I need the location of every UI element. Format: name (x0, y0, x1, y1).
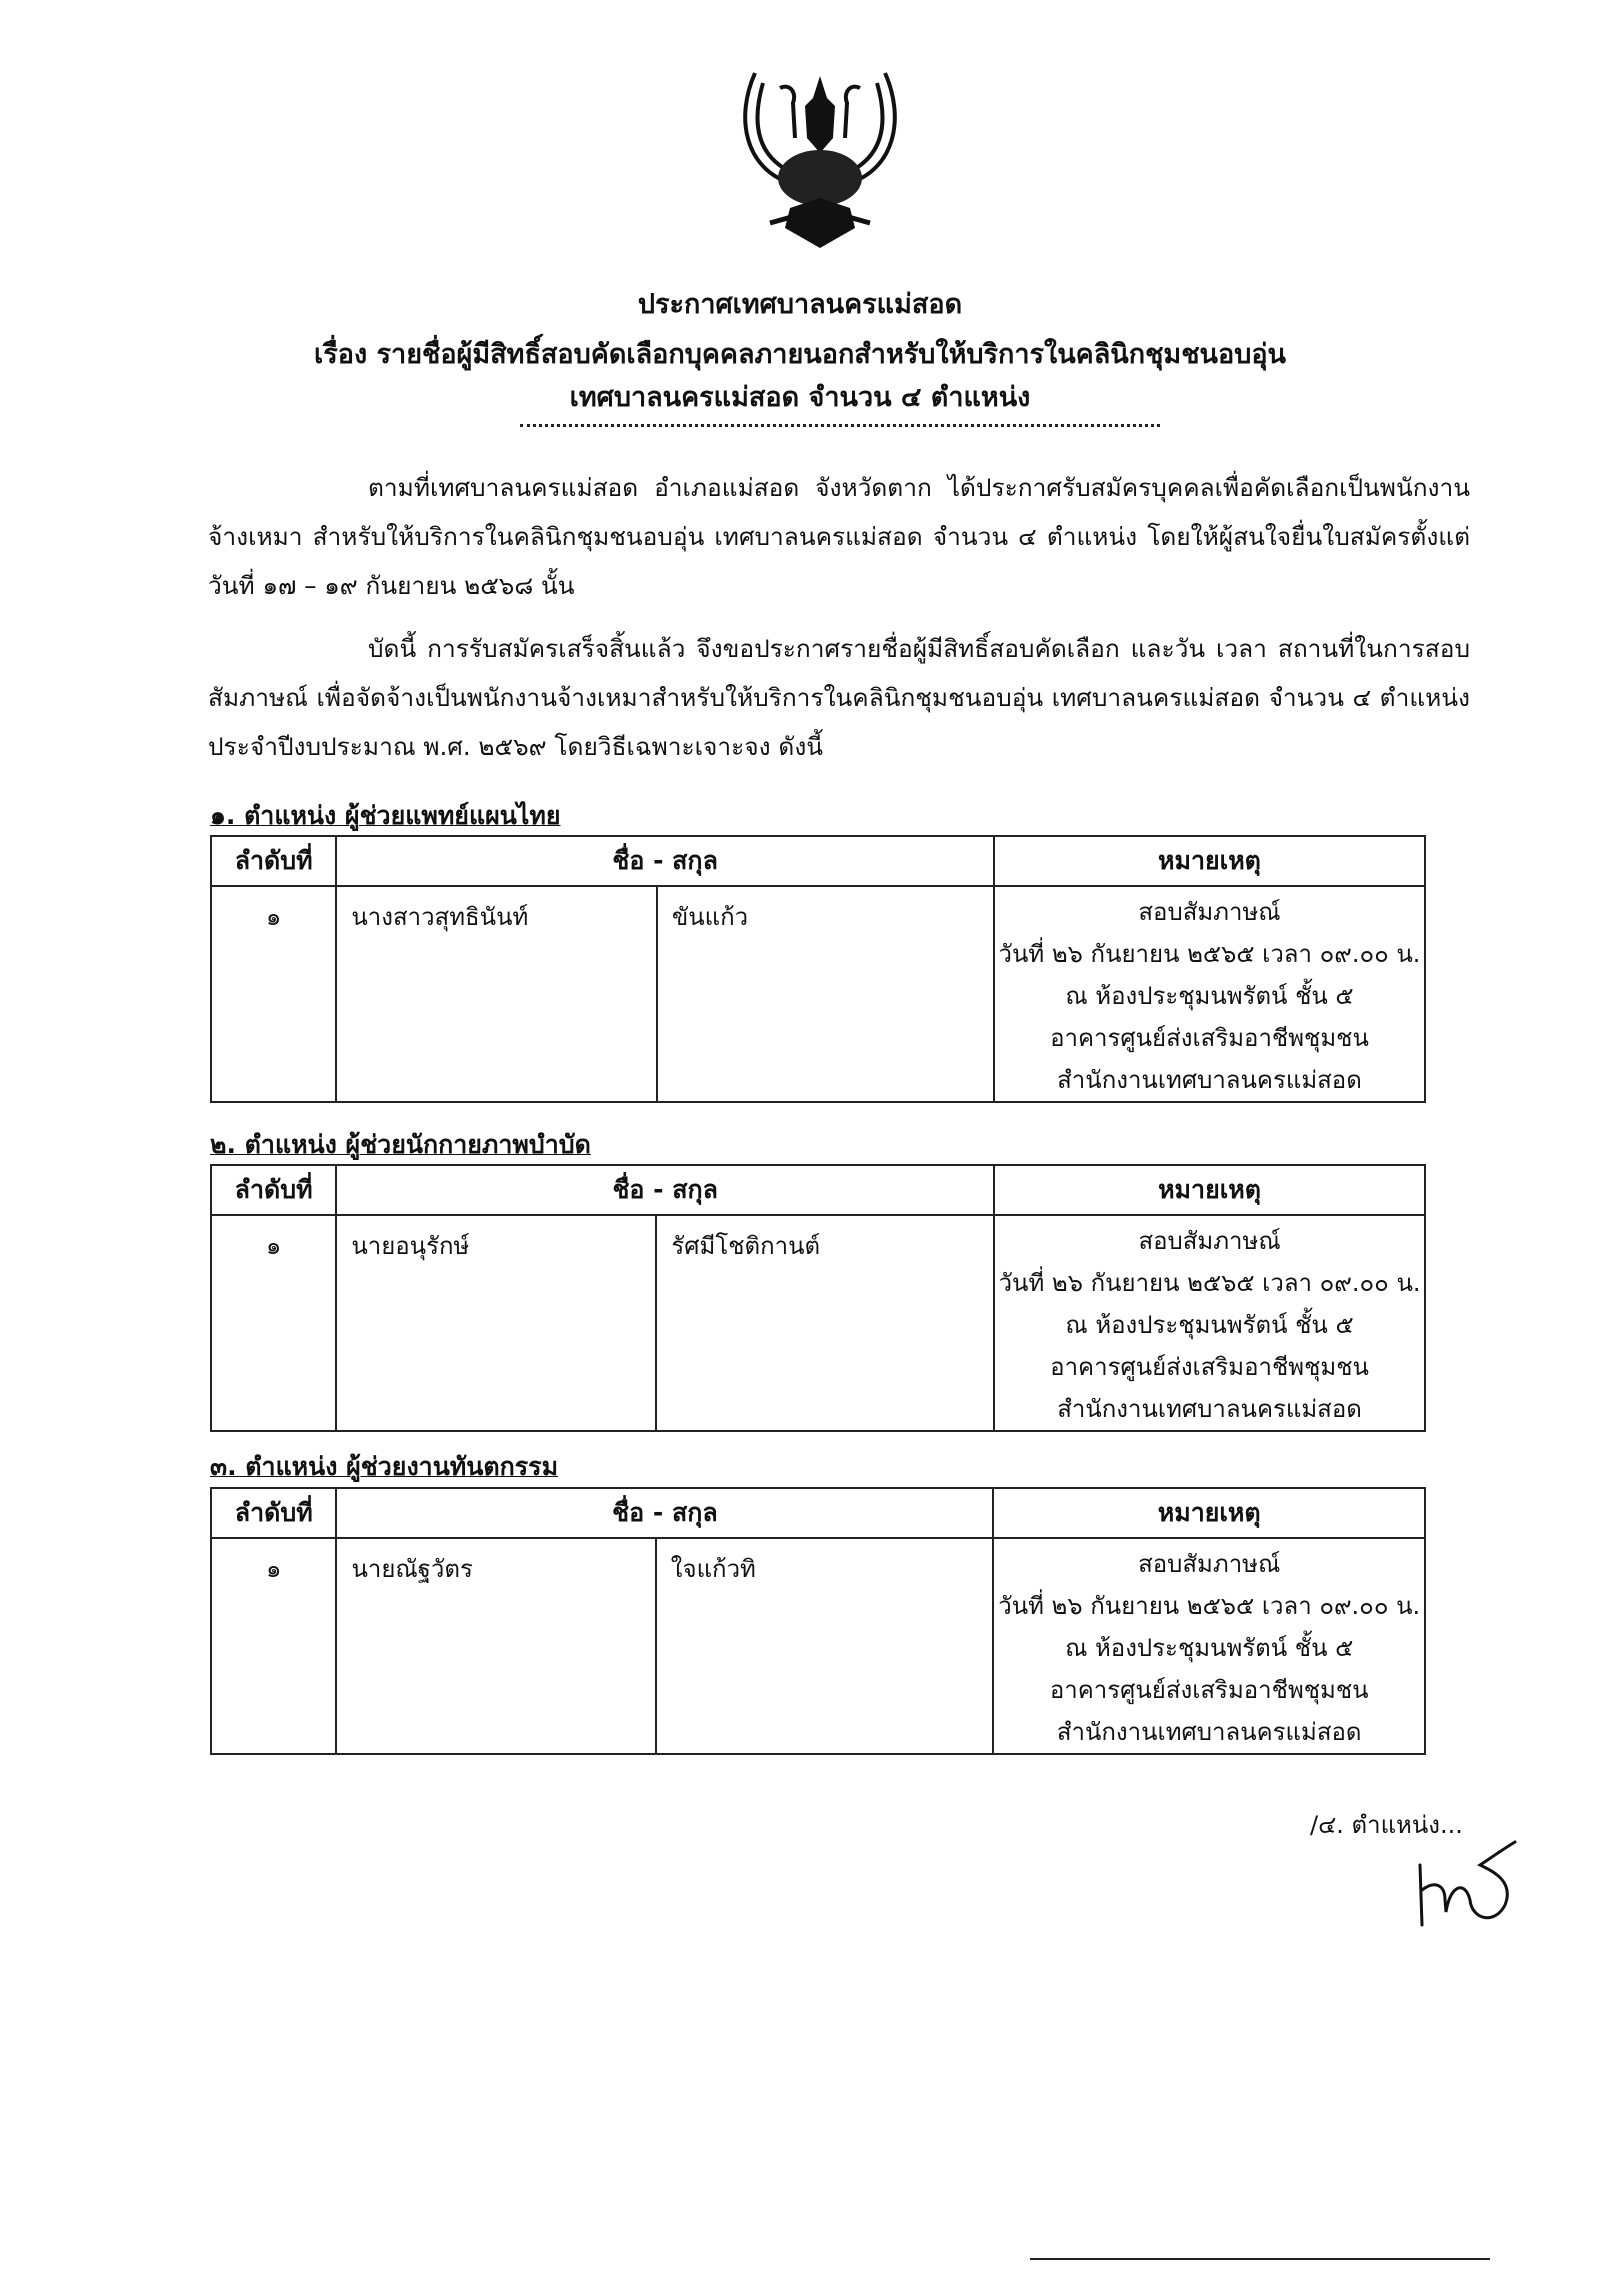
header-name: ชื่อ - สกุล (336, 1165, 994, 1215)
candidate-table: ลำดับที่ ชื่อ - สกุล หมายเหตุ ๑ นางสาวสุ… (210, 835, 1426, 1103)
note-line: อาคารศูนย์ส่งเสริมอาชีพชุมชน (994, 1669, 1424, 1711)
header-no: ลำดับที่ (211, 1165, 336, 1215)
table-header-row: ลำดับที่ ชื่อ - สกุล หมายเหตุ (211, 1165, 1425, 1215)
table-header-row: ลำดับที่ ชื่อ - สกุล หมายเหตุ (211, 1488, 1425, 1538)
table-row: ๑ นายณัฐวัตร ใจแก้วทิ สอบสัมภาษณ์ วันที่… (211, 1538, 1425, 1754)
cell-no: ๑ (211, 1215, 336, 1431)
note-line: ณ ห้องประชุมนพรัตน์ ชั้น ๕ (995, 1304, 1424, 1346)
note-line: อาคารศูนย์ส่งเสริมอาชีพชุมชน (995, 1346, 1424, 1388)
note-line: อาคารศูนย์ส่งเสริมอาชีพชุมชน (995, 1017, 1424, 1059)
table-row: ๑ นายอนุรักษ์ รัศมีโชติกานต์ สอบสัมภาษณ์… (211, 1215, 1425, 1431)
continued-next-page: /๔. ตำแหน่ง... (1310, 1805, 1463, 1844)
cell-note: สอบสัมภาษณ์ วันที่ ๒๖ กันยายน ๒๕๖๕ เวลา … (994, 886, 1425, 1102)
garuda-emblem-icon (735, 58, 905, 253)
note-line: สำนักงานเทศบาลนครแม่สอด (995, 1059, 1424, 1101)
cell-first-name: นายณัฐวัตร (336, 1538, 655, 1754)
announcement-subject: เรื่อง รายชื่อผู้มีสิทธิ์สอบคัดเลือกบุคค… (0, 332, 1600, 375)
note-line: วันที่ ๒๖ กันยายน ๒๕๖๕ เวลา ๐๙.๐๐ น. (995, 933, 1424, 975)
section-title: ๑. ตำแหน่ง ผู้ช่วยแพทย์แผนไทย (210, 796, 561, 836)
dotted-divider (520, 418, 1160, 427)
candidate-table: ลำดับที่ ชื่อ - สกุล หมายเหตุ ๑ นายอนุรั… (210, 1164, 1426, 1432)
cell-first-name: นายอนุรักษ์ (336, 1215, 656, 1431)
paragraph-announcement-text: บัดนี้ การรับสมัครเสร็จสิ้นแล้ว จึงขอประ… (208, 634, 1470, 761)
header-no: ลำดับที่ (211, 836, 336, 886)
section-title: ๓. ตำแหน่ง ผู้ช่วยงานทันตกรรม (210, 1447, 558, 1487)
note-line: ณ ห้องประชุมนพรัตน์ ชั้น ๕ (994, 1627, 1424, 1669)
cell-note: สอบสัมภาษณ์ วันที่ ๒๖ กันยายน ๒๕๖๕ เวลา … (994, 1215, 1425, 1431)
table-row: ๑ นางสาวสุทธินันท์ ขันแก้ว สอบสัมภาษณ์ ว… (211, 886, 1425, 1102)
header-note: หมายเหตุ (994, 1165, 1425, 1215)
document-page: ประกาศเทศบาลนครแม่สอด เรื่อง รายชื่อผู้ม… (0, 0, 1600, 2280)
announcement-subject-continued: เทศบาลนครแม่สอด จำนวน ๔ ตำแหน่ง (0, 375, 1600, 418)
note-line: สอบสัมภาษณ์ (995, 1220, 1424, 1262)
announcement-title: ประกาศเทศบาลนครแม่สอด (0, 282, 1600, 325)
header-note: หมายเหตุ (993, 1488, 1425, 1538)
cell-no: ๑ (211, 886, 336, 1102)
header-note: หมายเหตุ (994, 836, 1425, 886)
cell-last-name: รัศมีโชติกานต์ (656, 1215, 994, 1431)
table-header-row: ลำดับที่ ชื่อ - สกุล หมายเหตุ (211, 836, 1425, 886)
candidate-table: ลำดับที่ ชื่อ - สกุล หมายเหตุ ๑ นายณัฐวั… (210, 1487, 1426, 1755)
cell-last-name: ใจแก้วทิ (656, 1538, 994, 1754)
cell-first-name: นางสาวสุทธินันท์ (336, 886, 657, 1102)
note-line: วันที่ ๒๖ กันยายน ๒๕๖๕ เวลา ๐๙.๐๐ น. (995, 1262, 1424, 1304)
note-line: ณ ห้องประชุมนพรัตน์ ชั้น ๕ (995, 975, 1424, 1017)
section-title: ๒. ตำแหน่ง ผู้ช่วยนักกายภาพบำบัด (210, 1125, 591, 1165)
paragraph-intro-text: ตามที่เทศบาลนครแม่สอด อำเภอแม่สอด จังหวั… (208, 473, 1470, 600)
cell-last-name: ขันแก้ว (657, 886, 994, 1102)
note-line: สำนักงานเทศบาลนครแม่สอด (994, 1711, 1424, 1753)
header-no: ลำดับที่ (211, 1488, 336, 1538)
header-name: ชื่อ - สกุล (336, 1488, 993, 1538)
note-line: สอบสัมภาษณ์ (995, 891, 1424, 933)
header-name: ชื่อ - สกุล (336, 836, 994, 886)
cell-no: ๑ (211, 1538, 336, 1754)
signature-icon (1410, 1840, 1520, 1940)
note-line: สำนักงานเทศบาลนครแม่สอด (995, 1388, 1424, 1430)
note-line: สอบสัมภาษณ์ (994, 1543, 1424, 1585)
paragraph-intro: ตามที่เทศบาลนครแม่สอด อำเภอแม่สอด จังหวั… (208, 463, 1470, 610)
paragraph-announcement: บัดนี้ การรับสมัครเสร็จสิ้นแล้ว จึงขอประ… (208, 624, 1470, 771)
footer-rule (1030, 2258, 1490, 2260)
note-line: วันที่ ๒๖ กันยายน ๒๕๖๕ เวลา ๐๙.๐๐ น. (994, 1585, 1424, 1627)
cell-note: สอบสัมภาษณ์ วันที่ ๒๖ กันยายน ๒๕๖๕ เวลา … (993, 1538, 1425, 1754)
